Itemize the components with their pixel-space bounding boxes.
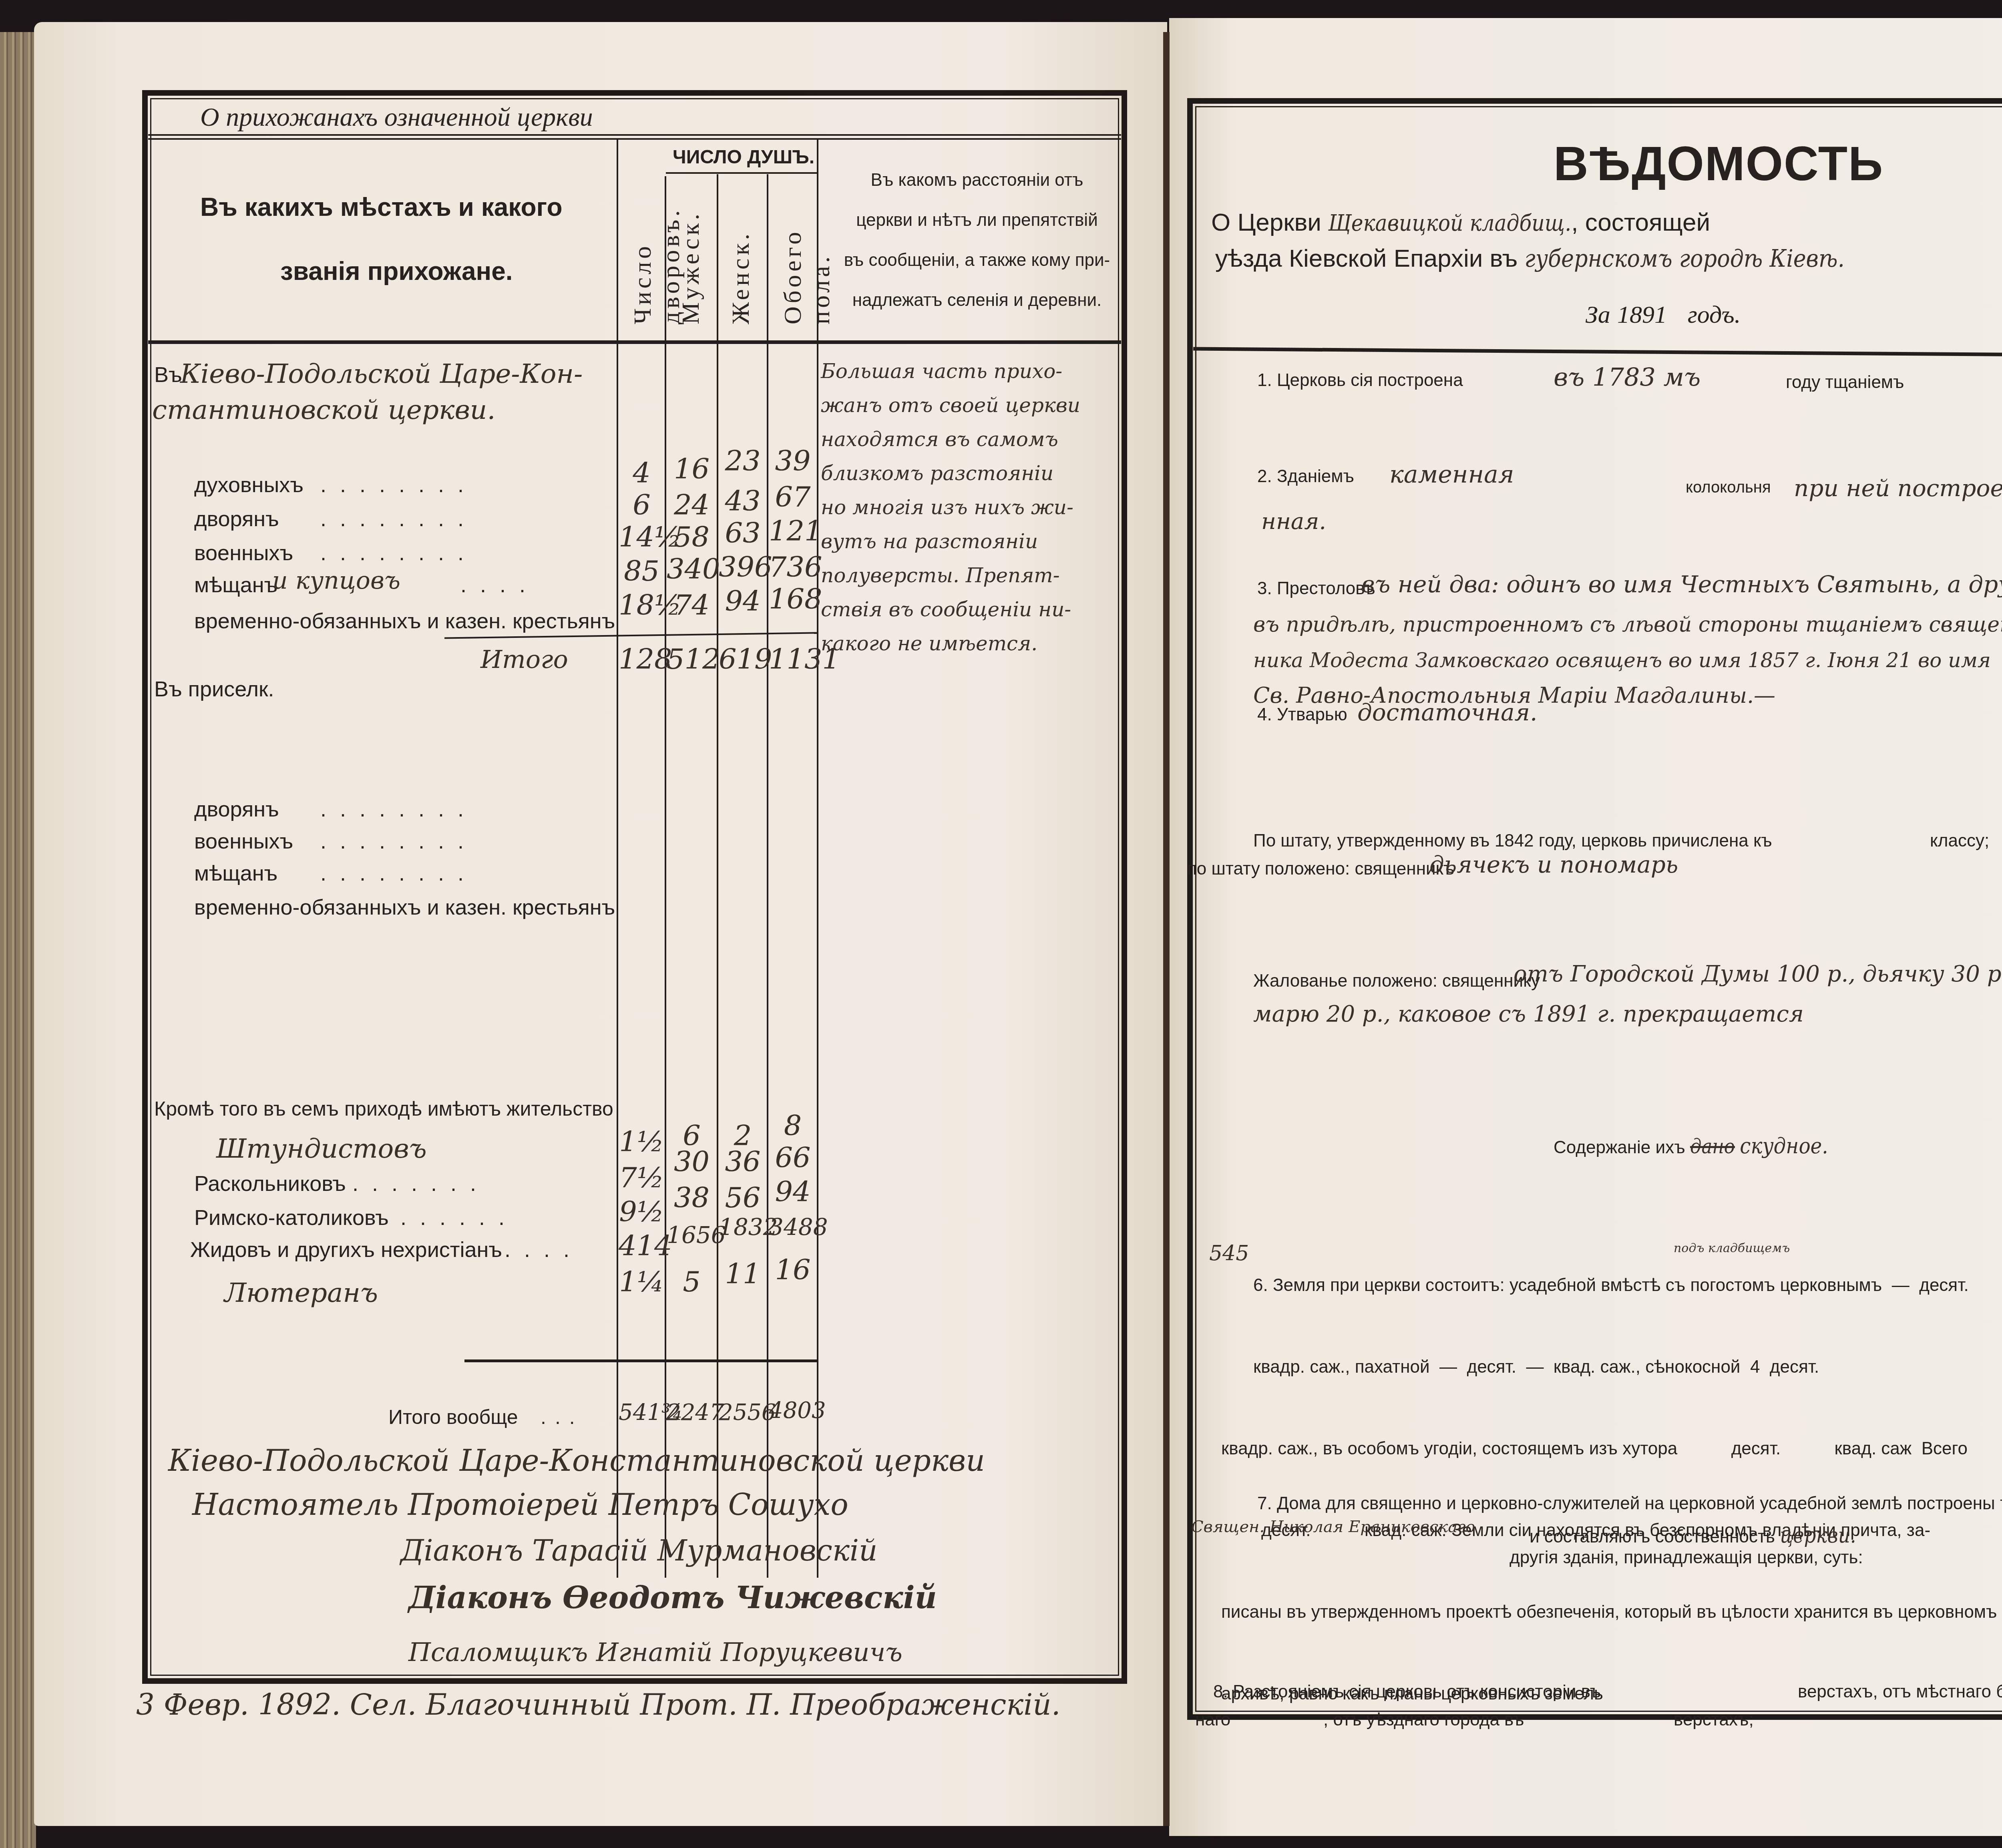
header-both: Обоего пола. [779, 188, 836, 324]
note-line: близкомъ разстояніи [821, 456, 1125, 491]
cell-male: 30 [667, 1145, 717, 1178]
document-title: ВѢДОМОСТЬ [1554, 136, 1883, 191]
total-rule [464, 1359, 817, 1362]
cell-male: 2247 [667, 1400, 717, 1426]
item2-hand2: при ней построена каме- [1794, 475, 2002, 502]
item8-line2a: наго [1195, 1710, 1230, 1730]
leader-dots: ... [541, 1406, 584, 1429]
cell-households: 7½ [619, 1161, 665, 1194]
year-value: 1891 [1617, 301, 1667, 328]
book-gutter [1163, 32, 1170, 1826]
item2-label: 2. Зданіемъ [1257, 467, 1354, 487]
signature-deacon-1: Діаконъ Тарасій Мурмановскій [400, 1534, 877, 1567]
cell-both: 168 [769, 583, 817, 615]
leader-dots: ........ [320, 473, 477, 497]
cell-households: 85 [619, 555, 665, 587]
cell-both: 94 [769, 1175, 817, 1208]
item7-label2: и составляютъ собственность [1530, 1527, 1775, 1546]
signature-church: Кіево-Подольской Царе-Константиновской ц… [168, 1444, 985, 1478]
header-bottom-rule [148, 340, 1121, 344]
salary-label: Жалованье положено: священнику [1253, 971, 1540, 991]
cell-male: 58 [667, 521, 717, 553]
district-hand: губернскомъ городѣ Кіевѣ. [1524, 245, 1844, 273]
cell-households: 414 [619, 1229, 665, 1262]
signature-dean: 3 Февр. 1892. Сел. Благочинный Прот. П. … [136, 1688, 1061, 1721]
signature-psalmist: Псаломщикъ Игнатій Поруцкевичъ [408, 1638, 903, 1667]
cell-both: 39 [769, 444, 817, 477]
row-label: Жидовъ и другихъ нехристіанъ [190, 1237, 502, 1262]
header-distance-line: въ сообщеніи, а также кому при- [833, 240, 1121, 280]
cell-households: 6 [619, 489, 665, 521]
header-place-line2: званія прихожане. [280, 256, 513, 286]
item7-hand2: церкви. [1780, 1524, 1856, 1548]
item8-line2c: верстахъ; [1674, 1710, 1754, 1730]
leader-dots: ........ [320, 861, 477, 886]
item6-line: писаны въ утвержденномъ проектѣ обезпече… [1221, 1599, 2002, 1626]
cell-male: 16 [667, 452, 717, 485]
cell-both: 121 [769, 515, 817, 547]
village-row-label: военныхъ [194, 829, 293, 854]
row-label: военныхъ [194, 541, 293, 565]
item4-hand: достаточная. [1357, 699, 1537, 726]
note-line: находятся въ самомъ [821, 422, 1125, 456]
item3-label: 3. Престоловъ [1257, 579, 1375, 599]
cell-male: 340 [667, 553, 717, 585]
item3-hand-2: въ придѣлѣ, пристроенномъ съ лѣвой сторо… [1253, 613, 2002, 637]
note-line: ствія въ сообщеніи ни- [821, 593, 1125, 627]
district-prefix: уѣзда Кіевской Епархіи въ [1215, 245, 1518, 272]
note-line: какого не имѣется. [821, 627, 1125, 661]
note-line: вутъ на разстояніи [821, 525, 1125, 559]
besides-heading: Кромѣ того въ семъ приходѣ имѣютъ житель… [154, 1097, 613, 1120]
cell-female: 2556 [719, 1400, 767, 1426]
cell-both: 4803 [769, 1398, 817, 1424]
signature-rector: Настоятель Протоіерей Петръ Сошухо [192, 1488, 848, 1522]
cell-male: 74 [667, 589, 717, 621]
cell-female: 43 [719, 485, 767, 517]
col-line [717, 174, 718, 1578]
note-line: Большая часть прихо- [821, 354, 1125, 388]
item8-line1a: 8. Разстояніемъ сія церковь отъ консисто… [1213, 1682, 1601, 1702]
row-label: Раскольниковъ [194, 1171, 346, 1196]
upkeep-hand: скудное. [1740, 1133, 1828, 1158]
church-prefix: О Церкви [1211, 209, 1321, 236]
leader-dots: .... [460, 573, 539, 597]
item7-hand: Священ. Николая Ераниковскаго [1191, 1518, 1475, 1536]
cell-female: 396 [719, 551, 767, 583]
cell-female: 11 [719, 1257, 767, 1290]
header-female: Женск. [727, 232, 755, 324]
header-souls: ЧИСЛО ДУШЪ. [673, 146, 814, 168]
row-label: мѣщанъ [194, 573, 277, 597]
item7-line1: 7. Дома для священно и церковно-служител… [1257, 1494, 2002, 1514]
item6-line: 6. Земля при церкви состоитъ: усадебной … [1221, 1272, 2002, 1299]
cell-households: 1½ [619, 1125, 665, 1158]
row-hand-label: Штундистовъ [216, 1133, 427, 1164]
header-distance-line: церкви и нѣтъ ли препятствій [833, 200, 1121, 240]
page-edges [0, 32, 36, 1848]
cell-both: 1131 [769, 643, 817, 676]
cell-male: 5 [667, 1265, 717, 1298]
church-line: О Церкви Щекавицкой кладбищ., состоящей [1211, 208, 1710, 237]
leader-dots: .... [505, 1237, 583, 1262]
leader-dots: ........ [320, 541, 477, 565]
staff-line1: По штату, утвержденному въ 1842 году, це… [1253, 831, 1772, 851]
item7-line2: и составляютъ собственность церкви. [1530, 1524, 1856, 1548]
leader-dots: ........ [320, 797, 477, 822]
year-prefix: За [1586, 301, 1610, 328]
grand-total-label: Итого вообще [388, 1406, 518, 1429]
item6-line: квадр. саж., въ особомъ угодіи, состояще… [1221, 1435, 2002, 1462]
leader-dots: ...... [400, 1205, 518, 1230]
subtotal-label: Итого [480, 645, 568, 674]
year-line: За 1891 годъ. [1586, 300, 1741, 329]
parish-intro: Въ [154, 362, 182, 387]
village-row-label: временно-обязанныхъ и казен. крестьянъ [194, 895, 615, 920]
cell-male: 38 [667, 1181, 717, 1214]
signature-deacon-2: Діаконъ Өеодотъ Чижевскій [408, 1580, 937, 1615]
item2-label2: колокольня [1686, 479, 1771, 497]
staff-hand: дьячекъ и пономарь [1429, 851, 1678, 878]
cell-both: 66 [769, 1141, 817, 1174]
cell-male: 24 [667, 489, 717, 521]
note-line: полуверсты. Препят- [821, 559, 1125, 593]
col-line [665, 176, 666, 1578]
item2-hand3: нная. [1261, 509, 1326, 535]
note-line: жанъ отъ своей церкви [821, 388, 1125, 422]
header-distance-line: надлежатъ селенія и деревни. [833, 280, 1121, 320]
parish-name-hand-1: Кіево-Подольской Царе-Кон- [180, 358, 583, 389]
item4-label: 4. Утварью [1257, 705, 1347, 725]
district-line: уѣзда Кіевской Епархіи въ губернскомъ го… [1215, 244, 1845, 273]
salary-hand-1: отъ Городской Думы 100 р., дьячку 30 р. … [1514, 961, 2002, 987]
item8-line2b: , отъ уѣзднаго города въ [1323, 1710, 1524, 1730]
cell-female: 56 [719, 1181, 767, 1214]
divider [148, 134, 1121, 136]
leader-dots: ........ [320, 507, 477, 531]
church-suffix: , состоящей [1571, 209, 1710, 236]
cell-households: 128 [619, 643, 665, 676]
header-place-line1: Въ какихъ мѣстахъ и какого [200, 192, 563, 222]
cell-female: 23 [719, 444, 767, 477]
item7-line3: другія зданія, принадлежащія церкви, сут… [1510, 1548, 1863, 1568]
upkeep-label: Содержаніе ихъ [1554, 1138, 1685, 1157]
item3-hand-1: въ ней два: одинъ во имя Честныхъ Святын… [1361, 571, 2002, 598]
cell-households: 9½ [619, 1195, 665, 1228]
item1-label2: году тщаніемъ [1786, 372, 1904, 392]
leader-dots: ........ [320, 829, 477, 854]
year-suffix: годъ. [1688, 301, 1741, 328]
cell-female: 36 [719, 1145, 767, 1178]
row-hand-label: Лютеранъ [224, 1277, 378, 1308]
row-label: духовныхъ [194, 473, 304, 497]
village-heading: Въ приселк. [154, 677, 274, 702]
cell-female: 63 [719, 517, 767, 549]
item6-block: 6. Земля при церкви состоитъ: усадебной … [1221, 1217, 2002, 1735]
item1-label: 1. Церковь сія построена [1257, 370, 1463, 390]
cell-both: 736 [769, 551, 817, 583]
village-row-label: мѣщанъ [194, 861, 277, 886]
item8-line1b: верстахъ, отъ мѣстнаго благочин- [1798, 1682, 2002, 1702]
cell-male: 1656 [667, 1221, 717, 1249]
cell-male: 512 [667, 643, 717, 676]
cell-female: 619 [719, 643, 767, 676]
row-label: временно-обязанныхъ и казен. крестьянъ [194, 609, 615, 633]
souls-divider [666, 172, 817, 174]
item6-hand-545: 545 [1209, 1241, 1249, 1265]
item6-hand-note: подъ кладбищемъ [1674, 1241, 1790, 1255]
cell-households: 541¾ [619, 1400, 665, 1426]
section-title: О прихожанахъ означенной церкви [200, 102, 593, 133]
item6-line: квадр. саж., пахатной — десят. — квад. с… [1221, 1353, 2002, 1381]
cell-female: 94 [719, 585, 767, 617]
cell-households: 14½ [619, 521, 665, 553]
upkeep-struck: дано [1690, 1135, 1735, 1158]
divider [148, 138, 1121, 140]
church-name-hand: Щекавицкой кладбищ. [1328, 210, 1571, 236]
cell-both: 8 [769, 1109, 817, 1142]
col-line [817, 138, 818, 1578]
staff-line2: по штату положено: священникъ [1187, 859, 1454, 879]
distance-note: Большая часть прихо- жанъ отъ своей церк… [821, 354, 1125, 661]
row-label: дворянъ [194, 507, 279, 531]
upkeep-line: Содержаніе ихъ дано скудное. [1554, 1133, 1828, 1158]
cell-households: 4 [619, 456, 665, 489]
village-row-label: дворянъ [194, 797, 279, 822]
cell-households: 18½ [619, 589, 665, 621]
header-male: Мужеск. [677, 224, 705, 324]
parish-name-hand-2: стантиновской церкви. [152, 394, 495, 425]
cell-both: 16 [769, 1253, 817, 1286]
row-label: Римско-католиковъ [194, 1205, 389, 1230]
note-line: но многія изъ нихъ жи- [821, 491, 1125, 525]
cell-both: 67 [769, 481, 817, 513]
header-distance: Въ какомъ расстояніи отъ церкви и нѣтъ л… [833, 160, 1121, 320]
header-distance-line: Въ какомъ расстояніи отъ [833, 160, 1121, 200]
row-hand-addition: и купцовъ [272, 567, 400, 595]
item1-hand: въ 1783 мъ [1554, 362, 1700, 392]
item3-hand-3: ника Модеста Замковскаго освященъ во имя… [1253, 649, 1991, 672]
item2-hand: каменная [1389, 460, 1514, 489]
cell-female: 1832 [719, 1213, 767, 1241]
salary-hand-2: марю 20 р., каковое съ 1891 г. прекращае… [1253, 1001, 1804, 1027]
cell-households: 1¼ [619, 1265, 665, 1298]
col-line [767, 174, 768, 1578]
leader-dots: ....... [352, 1171, 490, 1196]
staff-class: классу; [1930, 831, 1989, 851]
cell-both: 3488 [769, 1213, 817, 1241]
